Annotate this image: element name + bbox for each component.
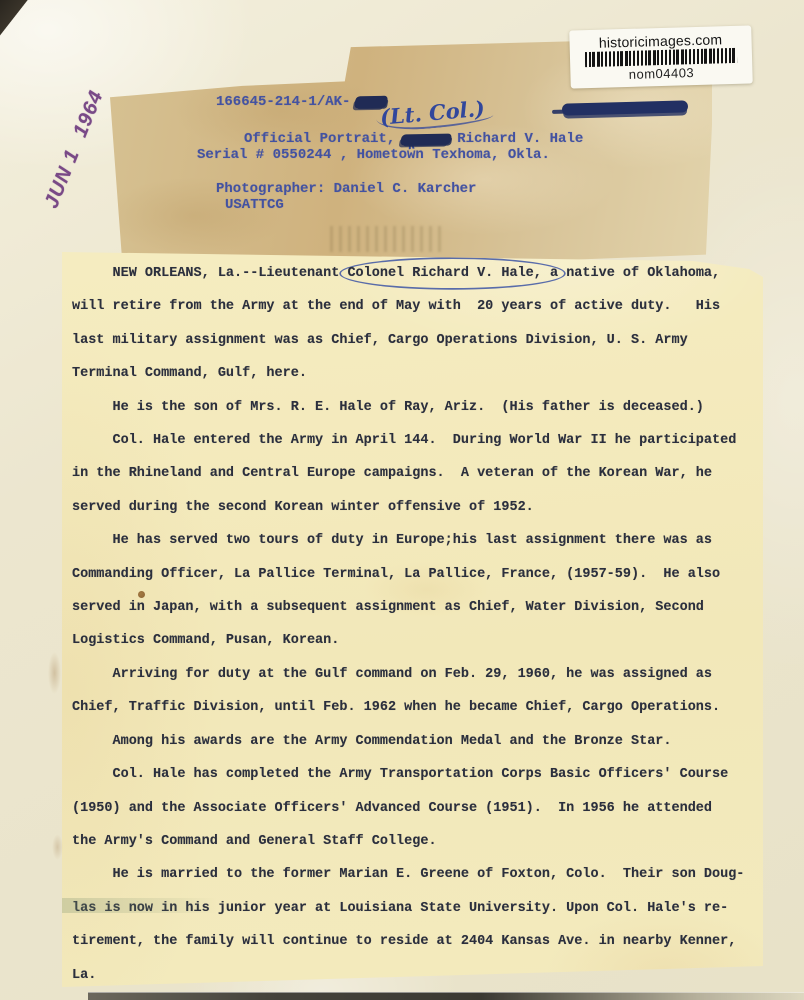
date-stamp-year: 1964 <box>69 87 111 142</box>
reference-number: 166645-214-1/AK- <box>216 94 350 110</box>
caption-line: He is married to the former Marian E. Gr… <box>72 858 763 891</box>
photo-back-scan: JUN 1 1964 166645-214-1/AK- (Lt. Col.) ∧… <box>0 0 804 1000</box>
caption-lines: NEW ORLEANS, La.--Lieutenant Colonel Ric… <box>72 257 763 992</box>
caption-line: served in Japan, with a subsequent assig… <box>72 591 763 624</box>
caption-line: Logistics Command, Pusan, Korean. <box>72 624 763 657</box>
erased-text-band <box>62 898 217 913</box>
barcode <box>585 48 737 67</box>
redaction-scribble <box>562 100 688 115</box>
photographer-line: Photographer: Daniel C. Karcher <box>216 181 476 197</box>
ink-spot-stain <box>138 591 145 598</box>
caption-line: Terminal Command, Gulf, here. <box>72 357 763 390</box>
edge-smudge <box>52 834 63 860</box>
caption-line: He has served two tours of duty in Europ… <box>72 524 763 557</box>
caption-line: will retire from the Army at the end of … <box>72 290 763 323</box>
caption-title-line: Official Portrait, Richard V. Hale <box>244 131 583 147</box>
date-stamp: JUN 1 1964 <box>35 75 116 226</box>
caption-line: Arriving for duty at the Gulf command on… <box>72 658 763 691</box>
caption-paper: NEW ORLEANS, La.--Lieutenant Colonel Ric… <box>62 250 763 988</box>
caption-line-text: native of Oklahoma, <box>558 266 720 281</box>
unit-line: USATTCG <box>225 197 284 213</box>
caption-line: La. <box>72 959 763 992</box>
photo-corner-shadow <box>0 0 34 44</box>
sticker-code: nom04403 <box>629 65 695 82</box>
struck-out-rank <box>400 133 452 145</box>
caption-line: Commanding Officer, La Pallice Terminal,… <box>72 558 763 591</box>
reference-number-line: 166645-214-1/AK- <box>216 94 387 110</box>
caption-line: served during the second Korean winter o… <box>72 491 763 524</box>
date-stamp-month-day: JUN 1 <box>40 146 87 213</box>
caption-line: Col. Hale has completed the Army Transpo… <box>72 758 763 791</box>
caption-line: last military assignment was as Chief, C… <box>72 324 763 357</box>
barcode-sticker: historicimages.com nom04403 <box>569 25 753 88</box>
caption-line: (1950) and the Associate Officers' Advan… <box>72 792 763 825</box>
caption-line: in the Rhineland and Central Europe camp… <box>72 457 763 490</box>
caption-line-text: NEW ORLEANS, La.--Lieutenant <box>72 266 347 281</box>
handwritten-rank-correction: (Lt. Col.) <box>375 95 494 133</box>
edge-smudge <box>48 652 61 694</box>
caption-title-pre: Official Portrait, <box>244 131 395 147</box>
caption-line: Col. Hale entered the Army in April 144.… <box>72 424 763 457</box>
caption-title-name: Richard V. Hale <box>457 131 583 147</box>
serial-hometown-line: Serial # 0550244 , Hometown Texhoma, Okl… <box>197 147 550 163</box>
caption-line: He is the son of Mrs. R. E. Hale of Ray,… <box>72 391 763 424</box>
caption-line: Among his awards are the Army Commendati… <box>72 725 763 758</box>
pen-circle-annotation: Colonel Richard V. Hale, a <box>341 259 564 288</box>
caption-line: the Army's Command and General Staff Col… <box>72 825 763 858</box>
caption-line: tirement, the family will continue to re… <box>72 925 763 958</box>
caption-line: NEW ORLEANS, La.--Lieutenant Colonel Ric… <box>72 257 763 290</box>
caption-line: Chief, Traffic Division, until Feb. 1962… <box>72 691 763 724</box>
scan-edge-strip <box>88 992 804 1000</box>
typewriter-ghost-impressions <box>330 226 446 252</box>
